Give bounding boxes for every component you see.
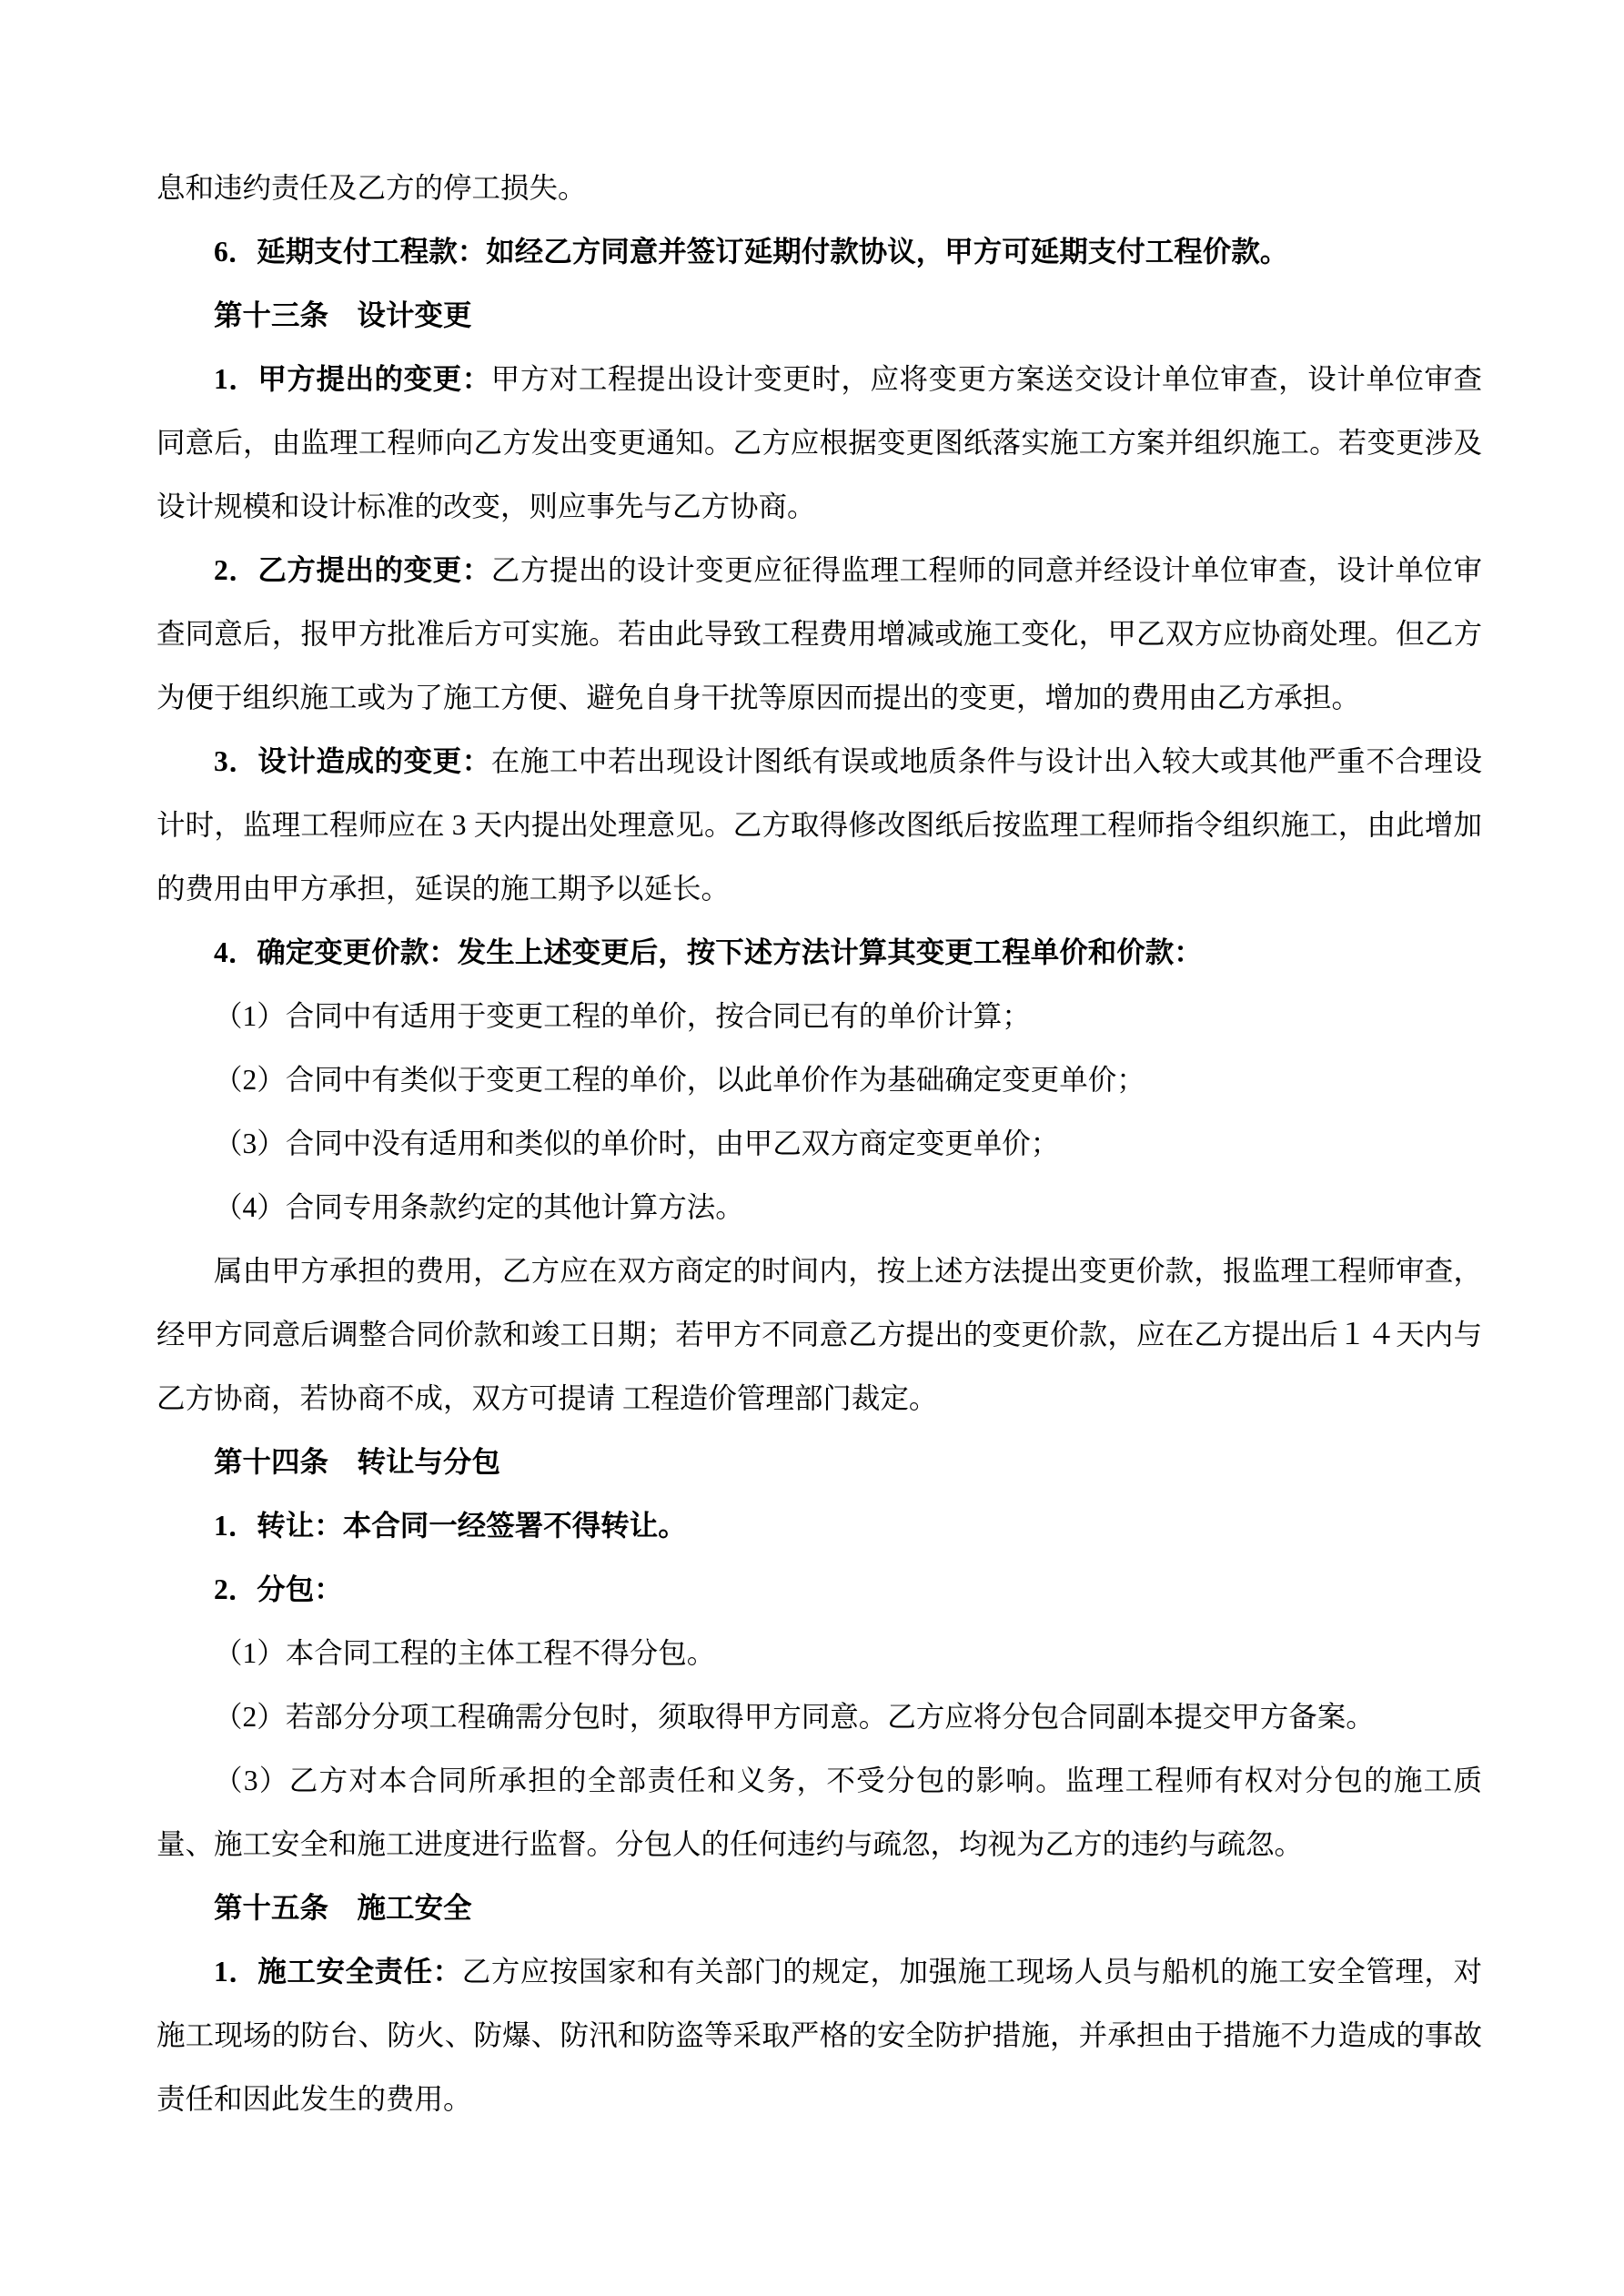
item-6-deferred-payment: 6．延期支付工程款：如经乙方同意并签订延期付款协议，甲方可延期支付工程价款。 [156,220,1482,284]
clause-13-1-owner-proposed-change: 1．甲方提出的变更：甲方对工程提出设计变更时，应将变更方案送交设计单位审查，设计… [156,348,1482,539]
clause-lead-bold-text: 1．施工安全责任： [214,1956,462,1988]
page: 息和违约责任及乙方的停工损失。6．延期支付工程款：如经乙方同意并签订延期付款协议… [0,0,1624,2296]
clause-13-3-design-caused-change: 3．设计造成的变更：在施工中若出现设计图纸有误或地质条件与设计出入较大或其他严重… [156,730,1482,921]
clause-text: （3）乙方对本合同所承担的全部责任和义务，不受分包的影响。监理工程师有权对分包的… [156,1765,1482,1860]
clause-15-1-safety-responsibility: 1．施工安全责任：乙方应按国家和有关部门的规定，加强施工现场人员与船机的施工安全… [156,1940,1482,2131]
clause-13-4-sub-2: （2）合同中有类似于变更工程的单价，以此单价作为基础确定变更单价； [156,1048,1482,1112]
article-15-title: 第十五条 施工安全 [156,1876,1482,1940]
clause-lead-bold-text: 2．乙方提出的变更： [214,554,491,586]
article-14-title: 第十四条 转让与分包 [156,1431,1482,1494]
clause-13-4-note: 属由甲方承担的费用，乙方应在双方商定的时间内，按上述方法提出变更价款，报监理工程… [156,1239,1482,1431]
clause-lead-bold-text: 第十三条 设计变更 [214,299,472,331]
clause-text: （2）合同中有类似于变更工程的单价，以此单价作为基础确定变更单价； [214,1064,1145,1096]
clause-lead-bold-text: 1．甲方提出的变更： [214,363,491,395]
clause-lead-bold-text: 第十五条 施工安全 [214,1892,472,1924]
clause-14-2-subcontracting: 2．分包： [156,1558,1482,1622]
article-13-title: 第十三条 设计变更 [156,284,1482,348]
clause-13-4-sub-3: （3）合同中没有适用和类似的单价时，由甲乙双方商定变更单价； [156,1112,1482,1176]
clause-text: （4）合同专用条款约定的其他计算方法。 [214,1191,744,1223]
clause-text: 息和违约责任及乙方的停工损失。 [156,172,587,204]
carryover-line: 息和违约责任及乙方的停工损失。 [156,157,1482,220]
clause-14-1-assignment: 1．转让：本合同一经签署不得转让。 [156,1494,1482,1558]
clause-13-2-contractor-proposed-change: 2．乙方提出的变更：乙方提出的设计变更应征得监理工程师的同意并经设计单位审查，设… [156,539,1482,730]
clause-text: （1）合同中有适用于变更工程的单价，按合同已有的单价计算； [214,1000,1031,1032]
clause-text: （3）合同中没有适用和类似的单价时，由甲乙双方商定变更单价； [214,1128,1059,1159]
clause-lead-bold-text: 3．设计造成的变更： [214,745,491,777]
clause-text: （1）本合同工程的主体工程不得分包。 [214,1637,715,1669]
clause-14-2-sub-2: （2）若部分分项工程确需分包时，须取得甲方同意。乙方应将分包合同副本提交甲方备案… [156,1685,1482,1749]
clause-13-4-sub-1: （1）合同中有适用于变更工程的单价，按合同已有的单价计算； [156,985,1482,1048]
clause-lead-bold-text: 2．分包： [214,1573,343,1605]
clause-text: 属由甲方承担的费用，乙方应在双方商定的时间内，按上述方法提出变更价款，报监理工程… [156,1255,1482,1414]
clause-13-4-sub-4: （4）合同专用条款约定的其他计算方法。 [156,1176,1482,1239]
clause-lead-bold-text: 6．延期支付工程款：如经乙方同意并签订延期付款协议，甲方可延期支付工程价款。 [214,236,1288,268]
clause-14-2-sub-3: （3）乙方对本合同所承担的全部责任和义务，不受分包的影响。监理工程师有权对分包的… [156,1749,1482,1876]
clause-lead-bold-text: 4．确定变更价款：发生上述变更后，按下述方法计算其变更工程单价和价款： [214,936,1203,968]
clause-lead-bold-text: 第十四条 转让与分包 [214,1446,500,1478]
clause-lead-bold-text: 1．转让：本合同一经签署不得转让。 [214,1510,687,1542]
clause-14-2-sub-1: （1）本合同工程的主体工程不得分包。 [156,1622,1482,1685]
clause-13-4-change-price: 4．确定变更价款：发生上述变更后，按下述方法计算其变更工程单价和价款： [156,921,1482,985]
clause-text: （2）若部分分项工程确需分包时，须取得甲方同意。乙方应将分包合同副本提交甲方备案… [214,1701,1375,1733]
document-body: 息和违约责任及乙方的停工损失。6．延期支付工程款：如经乙方同意并签订延期付款协议… [156,157,1482,2131]
